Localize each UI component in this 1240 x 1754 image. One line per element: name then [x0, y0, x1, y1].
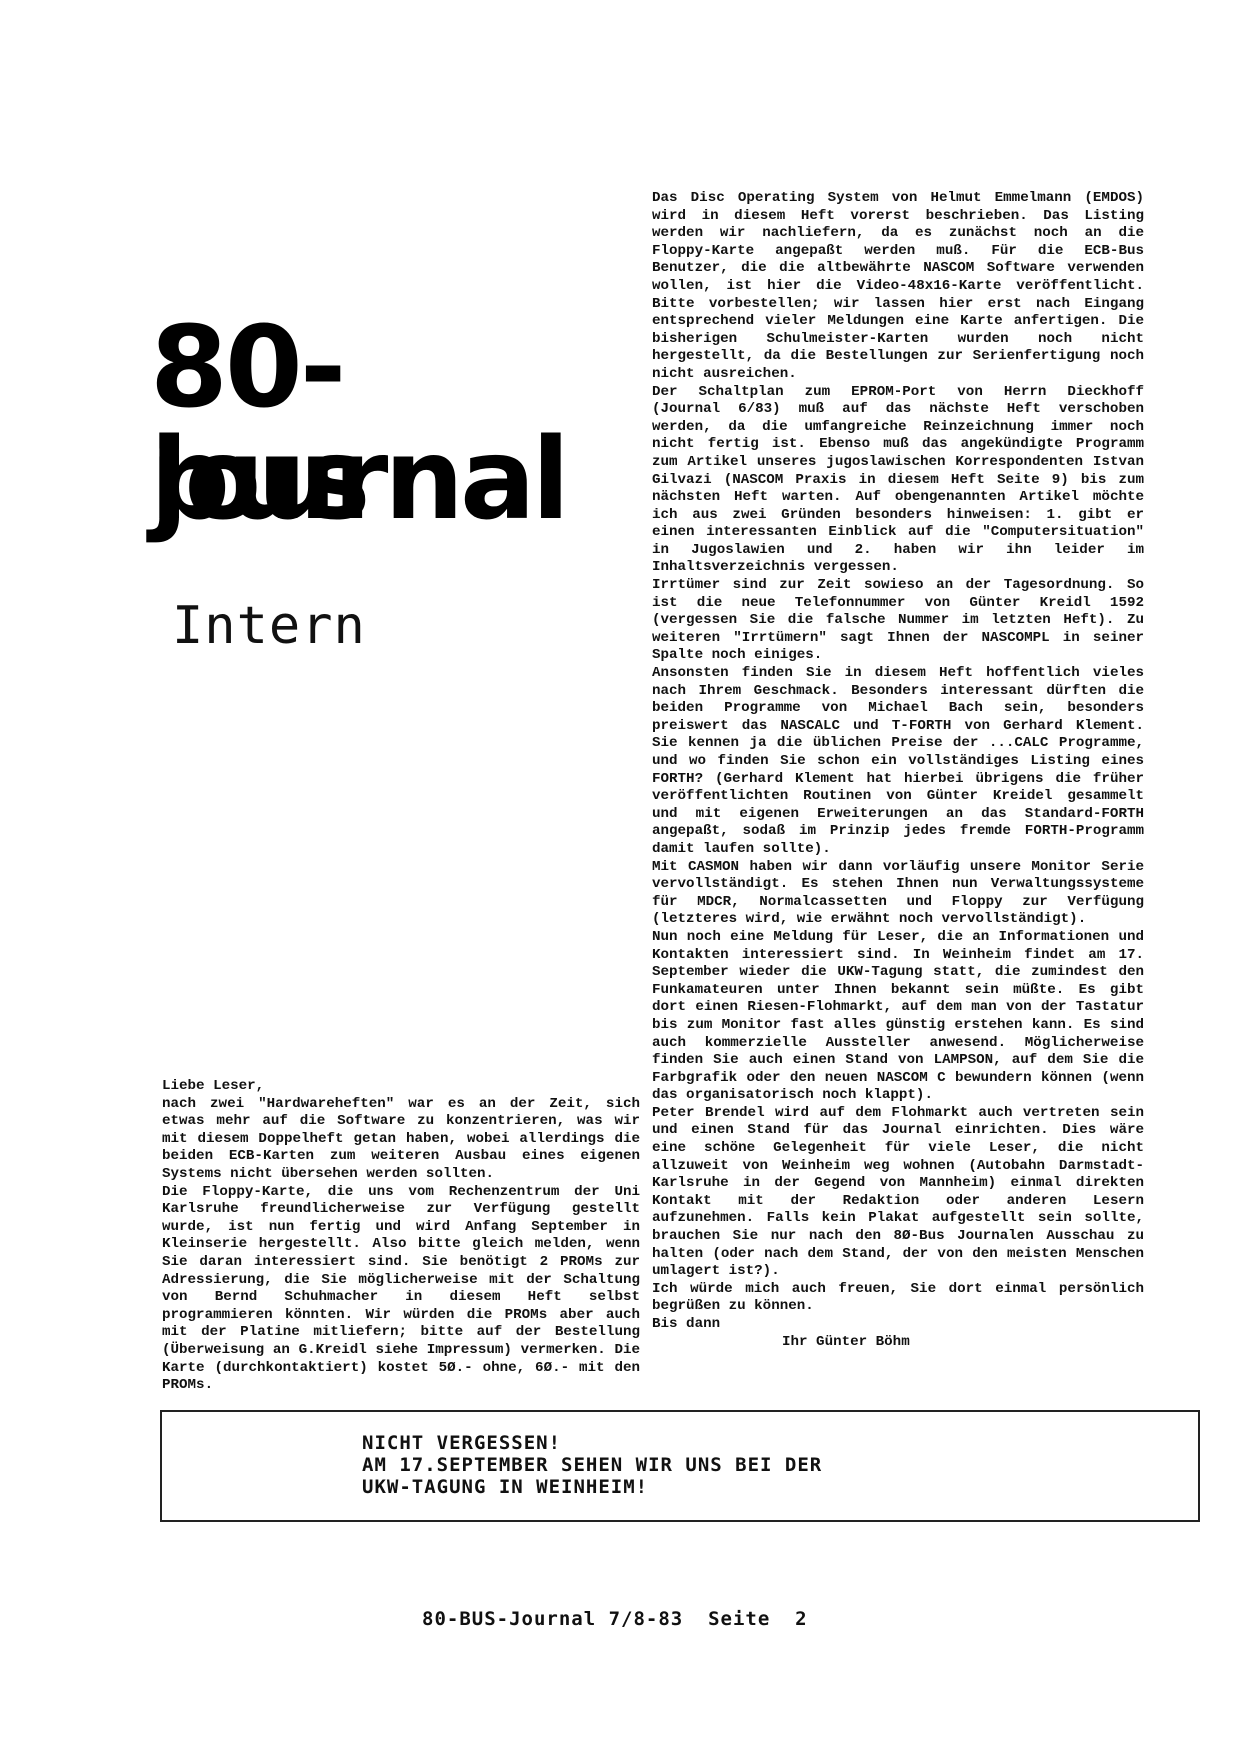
section-title: Intern	[172, 596, 366, 656]
journal-logo: 80-bus journal	[150, 312, 550, 536]
right-column: Das Disc Operating System von Helmut Emm…	[652, 190, 1144, 1351]
notice-text: NICHT VERGESSEN! AM 17.SEPTEMBER SEHEN W…	[362, 1432, 822, 1498]
paragraph: Nun noch eine Meldung für Leser, die an …	[652, 929, 1144, 1105]
notice-line: NICHT VERGESSEN!	[362, 1432, 822, 1454]
paragraph: Ansonsten finden Sie in diesem Heft hoff…	[652, 665, 1144, 859]
signature: Ihr Günter Böhm	[652, 1334, 1144, 1352]
notice-line: AM 17.SEPTEMBER SEHEN WIR UNS BEI DER	[362, 1454, 822, 1476]
paragraph: Irrtümer sind zur Zeit sowieso an der Ta…	[652, 577, 1144, 665]
paragraph: Das Disc Operating System von Helmut Emm…	[652, 190, 1144, 384]
paragraph: Peter Brendel wird auf dem Flohmarkt auc…	[652, 1105, 1144, 1281]
closing: Bis dann	[652, 1316, 1144, 1334]
notice-line: UKW-TAGUNG IN WEINHEIM!	[362, 1476, 822, 1498]
salutation: Liebe Leser,	[162, 1078, 640, 1096]
left-column: Liebe Leser, nach zwei "Hardwareheften" …	[162, 1078, 640, 1395]
paragraph: Mit CASMON haben wir dann vorläufig unse…	[652, 859, 1144, 929]
logo-line-journal: journal	[150, 424, 550, 536]
notice-box: NICHT VERGESSEN! AM 17.SEPTEMBER SEHEN W…	[160, 1410, 1200, 1522]
logo-line-80-bus: 80-bus	[150, 312, 550, 424]
page-footer: 80-BUS-Journal 7/8-83 Seite 2	[422, 1608, 808, 1630]
paragraph: nach zwei "Hardwareheften" war es an der…	[162, 1096, 640, 1184]
paragraph: Ich würde mich auch freuen, Sie dort ein…	[652, 1281, 1144, 1316]
paragraph: Der Schaltplan zum EPROM-Port von Herrn …	[652, 384, 1144, 578]
paragraph: Die Floppy-Karte, die uns vom Rechenzent…	[162, 1184, 640, 1395]
